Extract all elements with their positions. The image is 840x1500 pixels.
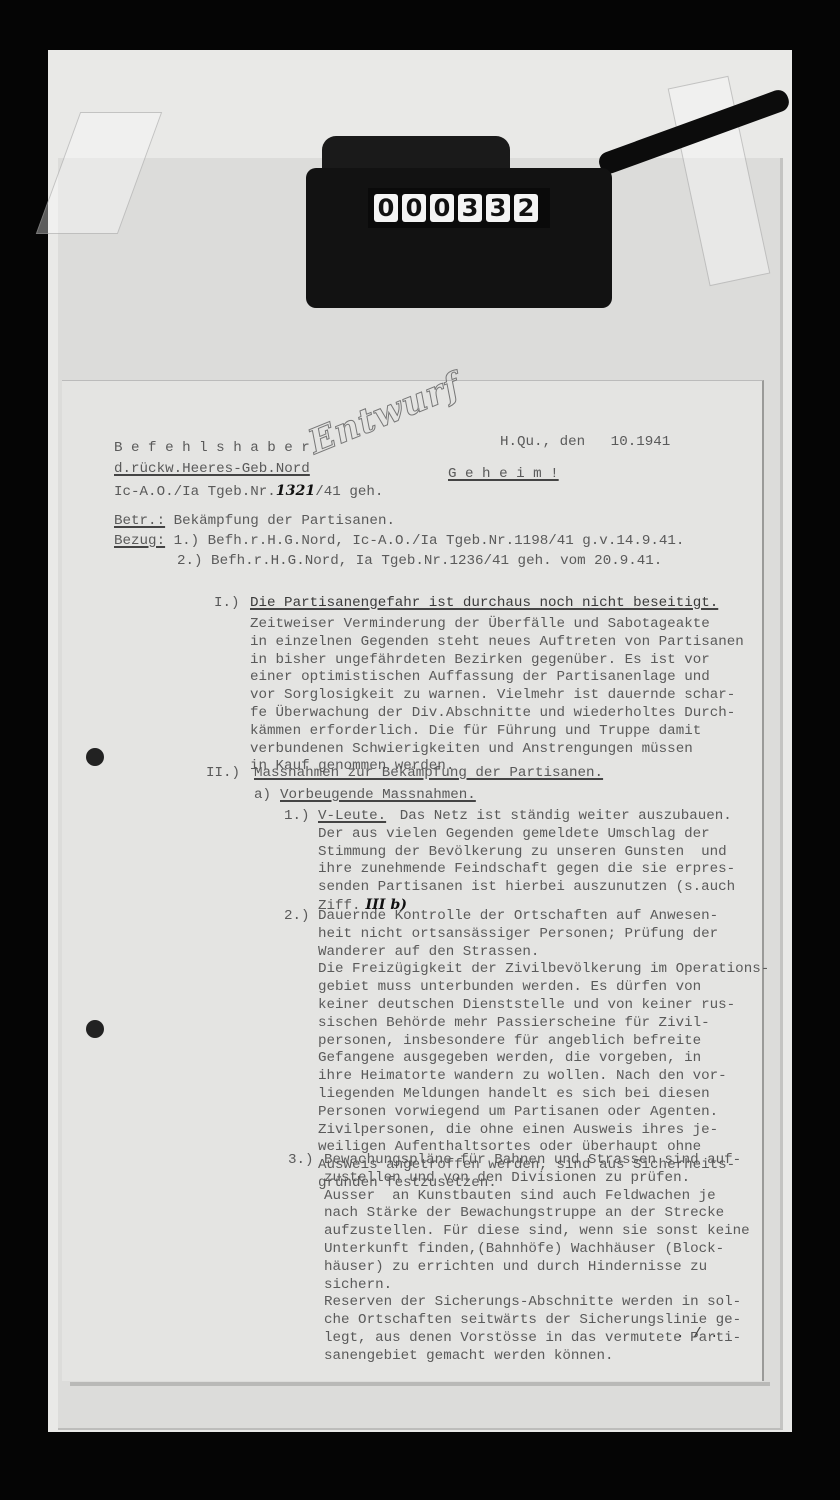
text-line: ihre Heimatorte wandern zu wollen. Nach … bbox=[318, 1068, 769, 1086]
text-line: Dauernde Kontrolle der Ortschaften auf A… bbox=[318, 908, 769, 926]
text-line: sanengebiet gemacht werden können. bbox=[324, 1348, 750, 1366]
text-line: personen, insbesondere für angeblich bef… bbox=[318, 1033, 769, 1051]
item-2-number: 2.) bbox=[284, 908, 310, 926]
text-line: aufzustellen. Für diese sind, wenn sie s… bbox=[324, 1223, 750, 1241]
reference-label: Ic-A.O./Ia Tgeb.Nr. bbox=[114, 484, 276, 500]
text-line: in einzelnen Gegenden steht neues Auftre… bbox=[250, 634, 744, 652]
section-1-number: I.) bbox=[214, 595, 240, 613]
bezug-label: Bezug: bbox=[114, 533, 165, 549]
text-line: Der aus vielen Gegenden gemeldete Umschl… bbox=[318, 826, 735, 844]
text-line: Reserven der Sicherungs-Abschnitte werde… bbox=[324, 1294, 750, 1312]
text-line: kämmen erforderlich. Die für Führung und… bbox=[250, 723, 744, 741]
classification: G e h e i m ! bbox=[448, 466, 559, 484]
subsection-a-heading: Vorbeugende Massnahmen. bbox=[280, 787, 476, 805]
text-line: senden Partisanen ist hierbei auszunutze… bbox=[318, 879, 735, 897]
sheet-bottom-edge bbox=[70, 1382, 770, 1386]
text-line: Wanderer auf den Strassen. bbox=[318, 944, 769, 962]
reference-suffix: /41 geh. bbox=[315, 484, 383, 500]
subject-text: Bekämpfung der Partisanen. bbox=[165, 513, 395, 529]
text-line: Bewachungspläne für Bahnen und Strassen … bbox=[324, 1152, 750, 1170]
continuation-mark: . / . bbox=[676, 1326, 719, 1344]
section-2-number: II.) bbox=[206, 765, 240, 783]
text-line: Zeitweiser Verminderung der Überfälle un… bbox=[250, 616, 744, 634]
bezug-1: 1.) Befh.r.H.G.Nord, Ic-A.O./Ia Tgeb.Nr.… bbox=[165, 533, 684, 549]
text-line: zustellen und von den Divisionen zu prüf… bbox=[324, 1170, 750, 1188]
text-line: verbundenen Schwierigkeiten und Anstreng… bbox=[250, 741, 744, 759]
sender-title: B e f e h l s h a b e r bbox=[114, 440, 310, 458]
text-line: Das Netz ist ständig weiter auszubauen. bbox=[318, 808, 735, 826]
text-line: in bisher ungefährdeten Bezirken gegenüb… bbox=[250, 652, 744, 670]
text-line: Unterkunft finden,(Bahnhöfe) Wachhäuser … bbox=[324, 1241, 750, 1259]
text-line: gebiet muss unterbunden werden. Es dürfe… bbox=[318, 979, 769, 997]
item-3-number: 3.) bbox=[288, 1152, 314, 1170]
text-line: ihre zunehmende Feindschaft gegen die si… bbox=[318, 861, 735, 879]
place-date: H.Qu., den 10.1941 bbox=[500, 434, 670, 452]
text-line: sischen Behörde mehr Passierscheine für … bbox=[318, 1015, 769, 1033]
text-line: Zivilpersonen, die ohne einen Ausweis ih… bbox=[318, 1122, 769, 1140]
text-line: heit nicht ortsansässiger Personen; Prüf… bbox=[318, 926, 769, 944]
section-2-heading: Massnahmen zur Bekämpfung der Partisanen… bbox=[254, 765, 603, 783]
subsection-a-label: a) bbox=[254, 787, 271, 805]
reference-line-1: Bezug: 1.) Befh.r.H.G.Nord, Ic-A.O./Ia T… bbox=[114, 533, 684, 551]
text-line: einer optimistischen Auffassung der Part… bbox=[250, 669, 744, 687]
text-line: fe Überwachung der Div.Abschnitte und wi… bbox=[250, 705, 744, 723]
text-line: keiner deutschen Dienststelle und von ke… bbox=[318, 997, 769, 1015]
subject-label: Betr.: bbox=[114, 513, 165, 529]
document-text: Entwurf B e f e h l s h a b e r d.rückw.… bbox=[0, 0, 840, 1500]
item-1-number: 1.) bbox=[284, 808, 310, 826]
text-line: sichern. bbox=[324, 1277, 750, 1295]
item-2-body: Dauernde Kontrolle der Ortschaften auf A… bbox=[318, 908, 769, 1193]
subject-line: Betr.: Bekämpfung der Partisanen. bbox=[114, 513, 395, 531]
text-line: liegenden Meldungen handelt es sich bei … bbox=[318, 1086, 769, 1104]
text-line: Ausser an Kunstbauten sind auch Feldwach… bbox=[324, 1188, 750, 1206]
reference-line-2: 2.) Befh.r.H.G.Nord, Ia Tgeb.Nr.1236/41 … bbox=[177, 553, 662, 571]
section-1-body: Zeitweiser Verminderung der Überfälle un… bbox=[250, 616, 744, 776]
text-line: Gefangene ausgegeben werden, die vorgebe… bbox=[318, 1050, 769, 1068]
text-line: Die Freizügigkeit der Zivilbevölkerung i… bbox=[318, 961, 769, 979]
handwritten-number: 1321 bbox=[276, 483, 316, 499]
text-line: nach Stärke der Bewachungstruppe an der … bbox=[324, 1205, 750, 1223]
text-line: Personen vorwiegend um Partisanen oder A… bbox=[318, 1104, 769, 1122]
sender-unit: d.rückw.Heeres-Geb.Nord bbox=[114, 461, 310, 479]
reference-number: Ic-A.O./Ia Tgeb.Nr.1321/41 geh. bbox=[114, 483, 383, 502]
draft-stamp: Entwurf bbox=[307, 377, 462, 453]
item-1-body: Das Netz ist ständig weiter auszubauen.D… bbox=[318, 808, 735, 916]
text-line: vor Sorglosigkeit zu warnen. Vielmehr is… bbox=[250, 687, 744, 705]
section-1-heading: Die Partisanengefahr ist durchaus noch n… bbox=[250, 595, 718, 613]
text-line: Stimmung der Bevölkerung zu unseren Guns… bbox=[318, 844, 735, 862]
text-line: häuser) zu errichten und durch Hindernis… bbox=[324, 1259, 750, 1277]
